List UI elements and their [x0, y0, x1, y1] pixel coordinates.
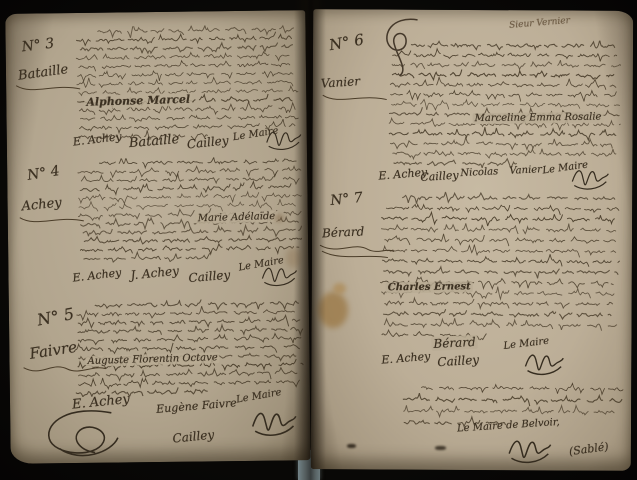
margin-underline-flourish	[14, 81, 84, 96]
opening-flourish-icon	[379, 16, 427, 78]
seal-note: (Sablé)	[568, 440, 609, 458]
mayor-paraph-icon	[523, 348, 565, 378]
mayor-paraph-icon	[265, 126, 303, 152]
act4-body-handwriting	[77, 156, 302, 263]
act5-margin-name: Faivre	[28, 338, 78, 363]
act7-signature-cailley: Cailley	[437, 353, 480, 370]
act4-margin-name: Achey	[21, 195, 62, 214]
mayor-paraph-icon	[570, 165, 610, 193]
act7-child-name: Charles Ernest	[386, 281, 473, 293]
act7-margin-number: N° 7	[329, 190, 363, 209]
pencil-corner-note: Sieur Vernier	[509, 16, 571, 31]
act5-margin-number: N° 5	[36, 304, 76, 330]
register-scan-photo: N° 3 Bataille Alphonse Marcel E. Achey B…	[0, 0, 637, 480]
act5-signature-cailley: Cailley	[172, 428, 215, 446]
act4-signature-j-achey: J. Achey	[130, 264, 180, 283]
margin-underline-flourish	[318, 241, 396, 259]
act7-margin-name: Bérard	[322, 224, 365, 240]
act6-margin-name: Vanier	[320, 74, 360, 90]
act6-signature-cailley: Cailley	[420, 169, 459, 184]
mayor-paraph-icon	[507, 434, 553, 466]
act3-signature-cailley: Cailley	[186, 133, 229, 151]
margin-underline-flourish	[18, 213, 88, 228]
act7-body-handwriting	[379, 192, 620, 341]
act4-signature-e-achey: E. Achey	[72, 266, 122, 285]
act3-signature-bataille: Bataille	[128, 132, 180, 151]
register-left-page: N° 3 Bataille Alphonse Marcel E. Achey B…	[5, 10, 310, 464]
act6-margin-number: N° 6	[328, 31, 365, 55]
act4-signature-cailley: Cailley	[188, 268, 231, 285]
act7-end-name: Bérard	[431, 335, 478, 351]
register-right-page: Sieur Vernier N° 6 Vanier Marceline Emma…	[311, 9, 633, 471]
mayor-paraph-icon	[250, 402, 298, 443]
act6-child-name: Marceline Emma Rosalie	[473, 112, 604, 125]
margin-underline-flourish	[317, 91, 395, 105]
large-paraph-icon	[34, 406, 127, 459]
act5-signature-faivre: Eugène Faivre	[156, 396, 237, 416]
mayor-paraph-icon	[260, 262, 298, 288]
act3-margin-number: N° 3	[21, 36, 55, 56]
act7-signature-e-achey: E. Achey	[381, 350, 431, 367]
act4-margin-number: N° 4	[26, 163, 61, 184]
act3-body-handwriting	[75, 24, 298, 141]
act5-body-handwriting	[73, 298, 304, 397]
